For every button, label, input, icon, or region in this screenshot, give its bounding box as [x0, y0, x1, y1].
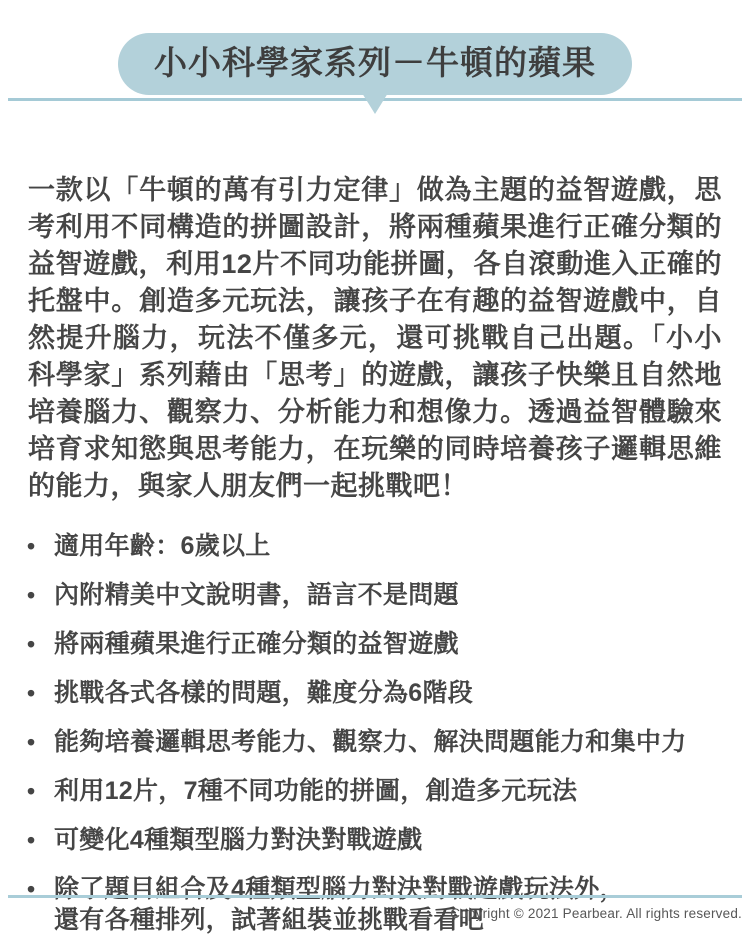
list-item: • 內附精美中文說明書，語言不是問題	[27, 580, 732, 611]
list-item: • 可變化4種類型腦力對決對戰遊戲	[27, 825, 732, 856]
list-item: • 挑戰各式各樣的問題，難度分為6階段	[27, 678, 732, 709]
footer: Copyright © 2021 Pearbear. All rights re…	[8, 895, 742, 921]
header: 小小科學家系列－牛頓的蘋果	[0, 33, 750, 157]
page-title: 小小科學家系列－牛頓的蘋果	[154, 45, 596, 81]
bullet-icon: •	[27, 580, 54, 611]
bullet-icon: •	[27, 629, 54, 660]
bubble-tail-icon	[362, 93, 388, 114]
list-item: • 將兩種蘋果進行正確分類的益智遊戲	[27, 629, 732, 660]
list-item: • 適用年齡：6歲以上	[27, 531, 732, 562]
bullet-icon: •	[27, 678, 54, 709]
list-item: • 能夠培養邏輯思考能力、觀察力、解決問題能力和集中力	[27, 727, 732, 758]
feature-text: 能夠培養邏輯思考能力、觀察力、解決問題能力和集中力	[54, 727, 732, 758]
feature-text: 挑戰各式各樣的問題，難度分為6階段	[54, 678, 732, 709]
feature-text: 利用12片，7種不同功能的拼圖，創造多元玩法	[54, 776, 732, 807]
product-description: 一款以「牛頓的萬有引力定律」做為主題的益智遊戲，思考利用不同構造的拼圖設計，將兩…	[28, 172, 722, 505]
bullet-icon: •	[27, 825, 54, 856]
product-description-page: 小小科學家系列－牛頓的蘋果 一款以「牛頓的萬有引力定律」做為主題的益智遊戲，思考…	[0, 33, 750, 935]
feature-text: 可變化4種類型腦力對決對戰遊戲	[54, 825, 732, 856]
bullet-icon: •	[27, 776, 54, 807]
footer-divider	[8, 895, 742, 898]
bullet-icon: •	[27, 531, 54, 562]
title-bubble: 小小科學家系列－牛頓的蘋果	[118, 33, 632, 95]
list-item: • 利用12片，7種不同功能的拼圖，創造多元玩法	[27, 776, 732, 807]
feature-text: 適用年齡：6歲以上	[54, 531, 732, 562]
feature-text: 將兩種蘋果進行正確分類的益智遊戲	[54, 629, 732, 660]
bullet-icon: •	[27, 727, 54, 758]
copyright-text: Copyright © 2021 Pearbear. All rights re…	[8, 906, 742, 921]
feature-list: • 適用年齡：6歲以上 • 內附精美中文說明書，語言不是問題 • 將兩種蘋果進行…	[27, 531, 732, 935]
feature-text: 內附精美中文說明書，語言不是問題	[54, 580, 732, 611]
